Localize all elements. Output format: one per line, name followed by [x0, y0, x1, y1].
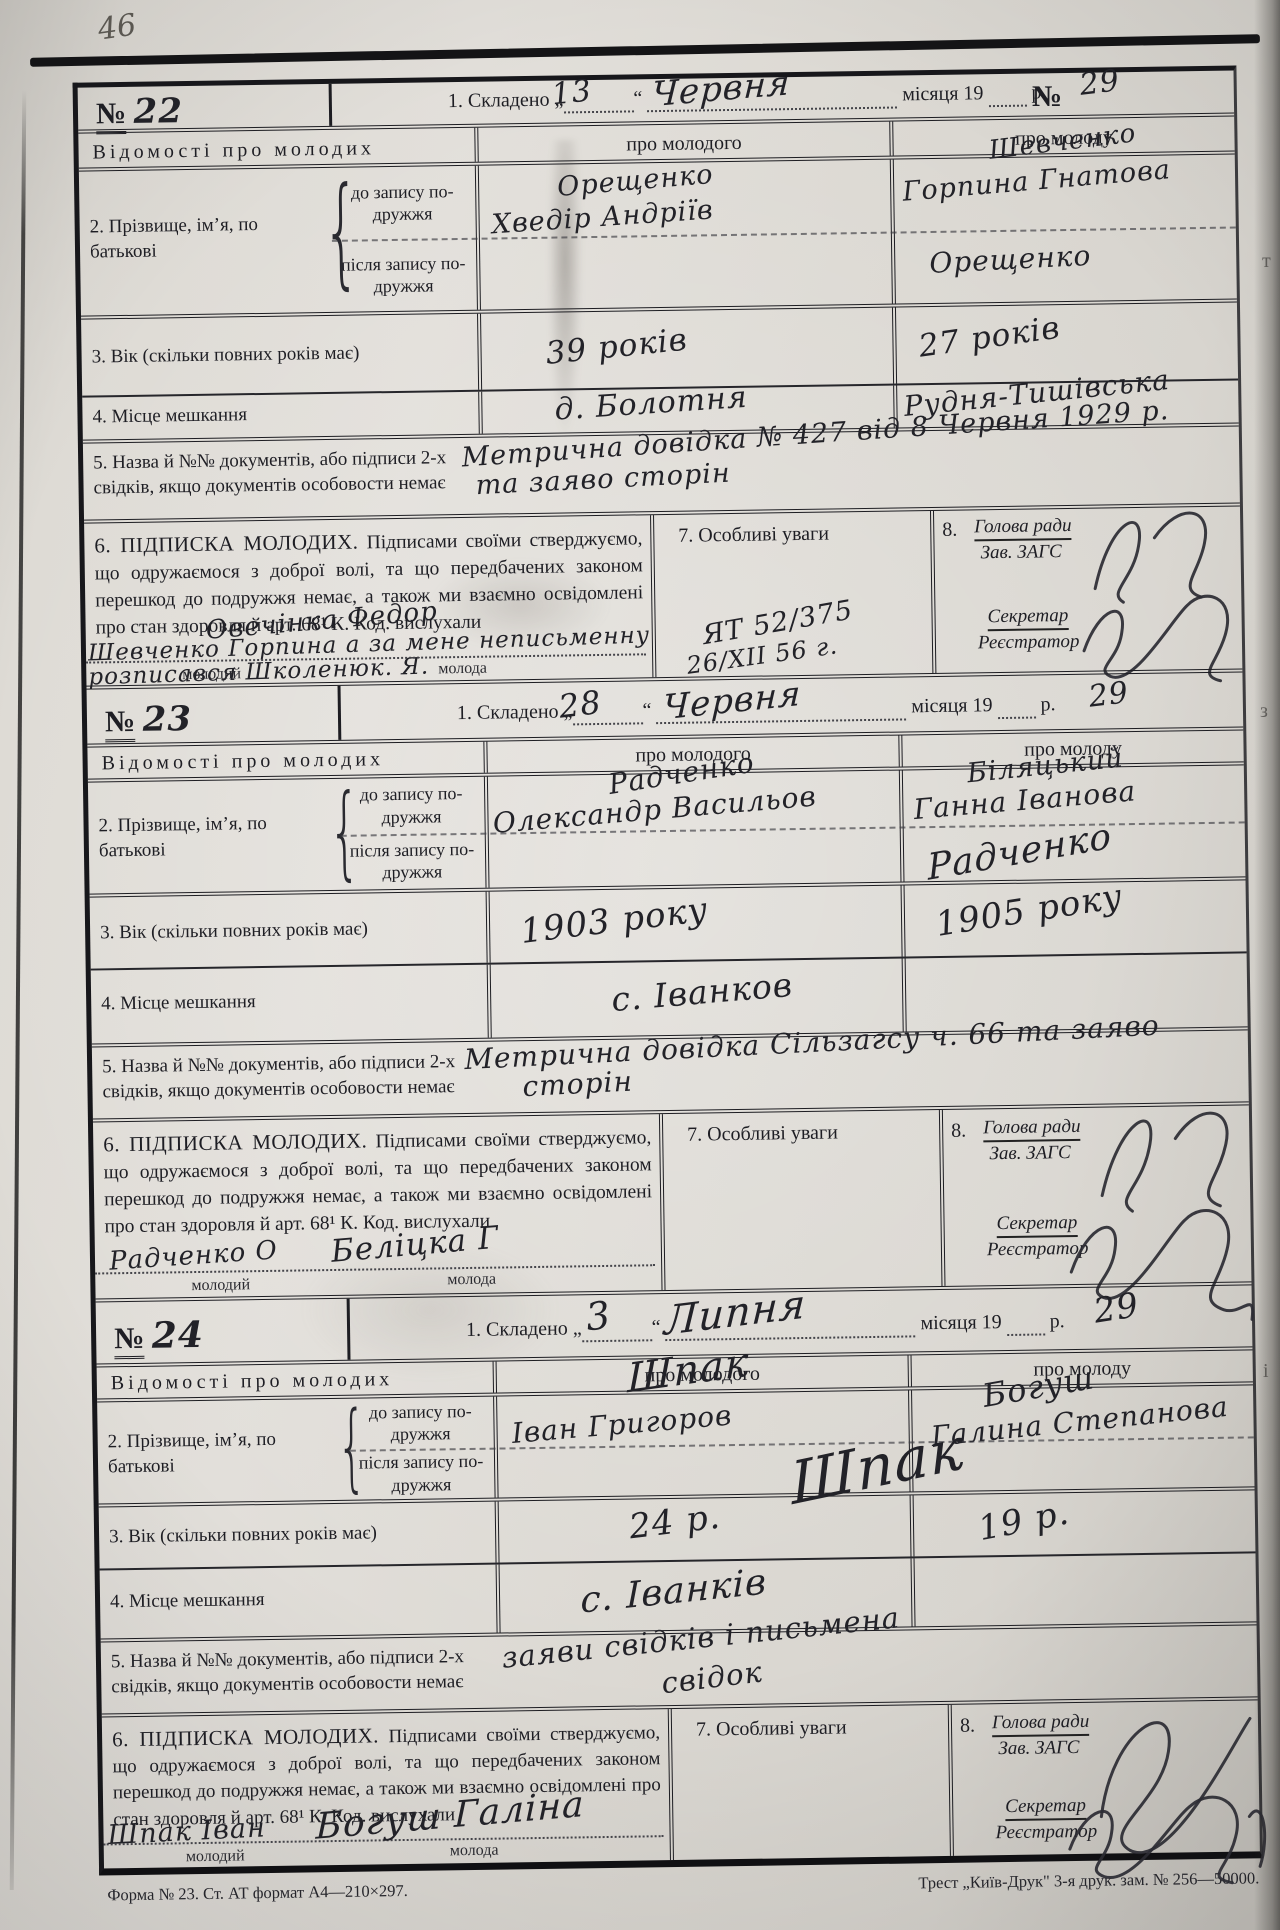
remarks-cell: 7. Особливі уваги ЯТ 52/375 26/ХІІ 56 г. [654, 511, 936, 677]
surname-after-record: Орещенко [929, 242, 1092, 278]
couple-signature-cell: 6. ПІДПИСКА МОЛОДИХ. Підписами своїми ст… [102, 1709, 674, 1868]
record-number-label: № 23 [87, 686, 339, 740]
record-number-value: 22 [133, 91, 183, 132]
bride-given-before: Горпина Гнатова [901, 156, 1171, 206]
officials-cell: 8. Голова ради Зав. ЗАГС Секретар Реєстр… [934, 506, 1242, 673]
pencil-corner-note: 46 [96, 8, 139, 48]
age-label: 3. Вік (скільки повних років має) [90, 892, 491, 969]
record-22: № 22 1. Складено „ “ місяця 19 р. 13 Чер… [78, 71, 1243, 686]
groom-age-value: 1903 року [519, 893, 710, 949]
residence-label: 4. Місце мешкання [82, 392, 483, 440]
record-number-value: 23 [142, 699, 192, 740]
groom-given-before: Іван Григоров [511, 1401, 734, 1448]
surname-label: 2. Прізвище, ім’я, по батькові [88, 779, 340, 894]
date-year-handwriting: 29 [1091, 1288, 1141, 1329]
after-marriage-label: після запису по-дружжя [348, 1450, 495, 1497]
brace-glyph: { [321, 160, 361, 301]
record-24: № 24 1. Складено „ “ місяця 19 р. 3 Липн… [96, 1281, 1260, 1868]
registry-page-scan: 46 № № 22 1. Складено „ “ місяця 19 р. 1… [0, 0, 1280, 1930]
bride-age-value: 27 років [917, 313, 1062, 363]
groom-age-cell: 39 років [481, 308, 897, 390]
officials-cell: 8. Голова ради Зав. ЗАГС Секретар Реєстр… [943, 1105, 1252, 1286]
compiled-label: 1. Складено [466, 1318, 568, 1342]
month-year-label: місяця 19 [911, 694, 993, 717]
remarks-cell: 7. Особливі уваги [672, 1705, 954, 1860]
record-23: № 23 1. Складено „ “ місяця 19 р. 28 Чер… [86, 668, 1251, 1298]
bride-sig-caption: молода [438, 660, 487, 679]
record-number-value: 24 [151, 1314, 204, 1357]
couple-signature-cell: 6. ПІДПИСКА МОЛОДИХ. Підписами своїми ст… [93, 1114, 666, 1298]
record-number-label: № 24 [96, 1299, 348, 1357]
bride-sig-caption: молода [450, 1842, 499, 1861]
page-left-edge-line [10, 90, 27, 1890]
remarks-label: 7. Особливі уваги [672, 1705, 948, 1742]
date-day-handwriting: 28 [557, 686, 603, 723]
month-year-label: місяця 19 [920, 1311, 1002, 1334]
groom-sig-caption: молодий [186, 1847, 245, 1866]
registry-form: № 22 1. Складено „ “ місяця 19 р. 13 Чер… [73, 65, 1264, 1905]
brace-glyph: { [336, 1391, 368, 1503]
before-marriage-label: до запису по-дружжя [347, 1399, 494, 1446]
record-number-label: № 22 [78, 84, 330, 132]
compiled-label: 1. Складено [457, 701, 559, 725]
zags-label: Зав. ЗАГС [998, 1737, 1079, 1760]
groom-signature: Радченко О [108, 1237, 278, 1274]
secretary-signature-scrawl [1063, 1776, 1275, 1889]
surname-label: 2. Прізвище, ім’я, по батькові [79, 168, 331, 316]
groom-age-value: 39 років [544, 325, 689, 370]
signature-clause: 6. ПІДПИСКА МОЛОДИХ. Підписами своїми ст… [93, 1114, 661, 1241]
zags-label: Зав. ЗАГС [980, 541, 1061, 564]
groom-age-value: 24 р. [627, 1500, 722, 1545]
brace-glyph: { [328, 771, 362, 891]
age-label: 3. Вік (скільки повних років має) [99, 1502, 500, 1569]
officials-number: 8. [960, 1715, 975, 1738]
page-top-edge-line [30, 34, 1260, 67]
form-number-footnote: Форма № 23. Ст. АТ формат А4—210×297. [107, 1881, 408, 1905]
bride-age-value: 1905 року [933, 879, 1125, 942]
residence-label: 4. Місце мешкання [91, 965, 492, 1044]
surname-after-record: Радченко [926, 819, 1113, 887]
head-of-council-label: Голова ради [974, 515, 1072, 541]
bride-given-before: Галина Степанова [930, 1393, 1230, 1451]
page-edge-shadow [1254, 0, 1280, 1930]
bride-age-cell: 27 років [896, 302, 1238, 383]
month-year-label: місяця 19 [902, 82, 984, 105]
head-of-council-label: Голова ради [983, 1116, 1081, 1142]
groom-sig-caption: молодий [191, 1276, 250, 1295]
bride-age-value: 19 р. [976, 1495, 1072, 1546]
remarks-cell: 7. Особливі уваги [663, 1110, 946, 1290]
residence-label: 4. Місце мешкання [100, 1565, 501, 1639]
couple-signature-cell: 6. ПІДПИСКА МОЛОДИХ. Підписами своїми ст… [84, 515, 656, 685]
zags-label: Зав. ЗАГС [989, 1142, 1070, 1165]
remarks-label: 7. Особливі уваги [654, 511, 930, 548]
bride-sig-caption: молода [447, 1271, 496, 1290]
officials-cell: 8. Голова ради Зав. ЗАГС Секретар Реєстр… [952, 1700, 1260, 1856]
bride-age-cell: 19 р. [914, 1490, 1256, 1556]
documents-handwriting-2: сторін [522, 1068, 634, 1101]
compiled-label: 1. Складено [448, 89, 550, 113]
officials-number: 8. [951, 1120, 966, 1143]
registrar-label: Реєстратор [978, 631, 1080, 655]
date-day-handwriting: 3 [584, 1296, 614, 1337]
secretary-label: Секретар [987, 605, 1068, 631]
remarks-label: 7. Особливі уваги [663, 1110, 939, 1147]
documents-handwriting-2: свідок [660, 1657, 764, 1698]
date-year-handwriting: 29 [1087, 678, 1130, 713]
bride-age-cell: 1905 року [905, 880, 1247, 956]
bride-residence-cell [915, 1553, 1257, 1626]
groom-given-before: Хведір Андріїв [491, 196, 714, 238]
age-label: 3. Вік (скільки повних років має) [81, 314, 482, 396]
surname-label: 2. Прізвище, ім’я, по батькові [97, 1399, 348, 1504]
date-day-handwriting: 13 [550, 76, 593, 110]
groom-residence-value: д. Болотня [554, 383, 749, 426]
groom-age-cell: 1903 року [490, 885, 906, 962]
date-year-handwriting: 29 [1078, 66, 1121, 101]
head-of-council-label: Голова ради [992, 1711, 1090, 1737]
officials-number: 8. [942, 519, 957, 542]
groom-sig-caption: молодий [182, 665, 241, 684]
